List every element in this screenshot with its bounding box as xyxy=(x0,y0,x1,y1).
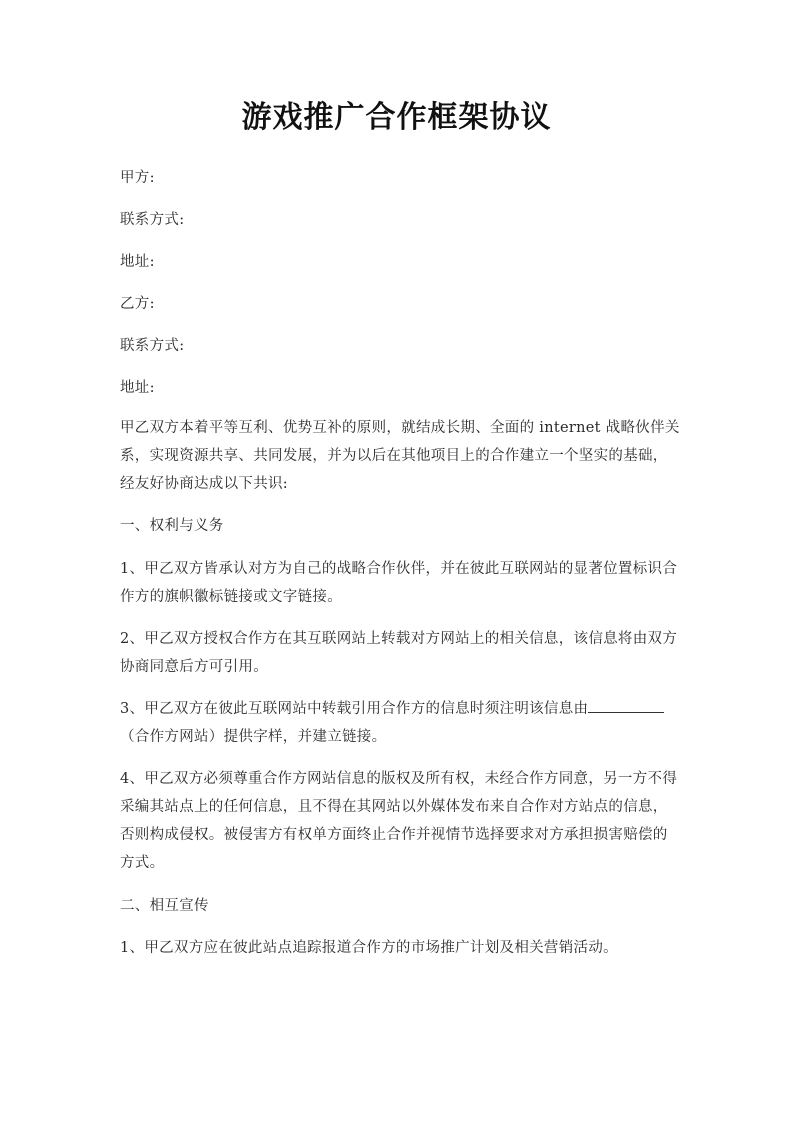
clause-1-2: 2、甲乙双方授权合作方在其互联网站上转载对方网站上的相关信息，该信息将由双方 xyxy=(120,627,680,648)
clause-1-3: （合作方网站）提供字样，并建立链接。 xyxy=(120,725,680,746)
document-title: 游戏推广合作框架协议 xyxy=(0,92,793,136)
party-b-contact-label: 联系方式: xyxy=(120,334,680,355)
section-2-heading: 二、相互宣传 xyxy=(120,894,680,915)
party-a-contact-label: 联系方式: xyxy=(120,208,680,229)
clause-1-4: 否则构成侵权。被侵害方有权单方面终止合作并视情节选择要求对方承担损害赔偿的 xyxy=(120,823,680,844)
clause-1-4: 采编其站点上的任何信息，且不得在其网站以外媒体发布来自合作对方站点的信息， xyxy=(120,795,680,816)
clause-1-3-text: 3、甲乙双方在彼此互联网站中转载引用合作方的信息时须注明该信息由 xyxy=(120,701,588,717)
party-b-label: 乙方: xyxy=(120,292,680,313)
clause-1-4: 4、甲乙双方必须尊重合作方网站信息的版权及所有权，未经合作方同意，另一方不得 xyxy=(120,767,680,788)
clause-1-1: 作方的旗帜徽标链接或文字链接。 xyxy=(120,585,680,606)
clause-2-1: 1、甲乙双方应在彼此站点追踪报道合作方的市场推广计划及相关营销活动。 xyxy=(120,936,680,957)
intro-line: 甲乙双方本着平等互利、优势互补的原则，就结成长期、全面的 internet 战略… xyxy=(120,416,680,437)
clause-1-1: 1、甲乙双方皆承认对方为自己的战略合作伙伴，并在彼此互联网站的显著位置标识合 xyxy=(120,557,680,578)
intro-line: 经友好协商达成以下共识: xyxy=(120,472,680,493)
party-b-address-label: 地址: xyxy=(120,376,680,397)
clause-1-2: 协商同意后方可引用。 xyxy=(120,655,680,676)
fill-in-blank xyxy=(588,700,664,713)
clause-1-3: 3、甲乙双方在彼此互联网站中转载引用合作方的信息时须注明该信息由 xyxy=(120,697,680,718)
party-a-label: 甲方: xyxy=(120,166,680,187)
party-a-address-label: 地址: xyxy=(120,250,680,271)
intro-line: 系，实现资源共享、共同发展，并为以后在其他项目上的合作建立一个坚实的基础， xyxy=(120,444,680,465)
clause-1-4: 方式。 xyxy=(120,851,680,872)
section-1-heading: 一、权利与义务 xyxy=(120,514,680,535)
